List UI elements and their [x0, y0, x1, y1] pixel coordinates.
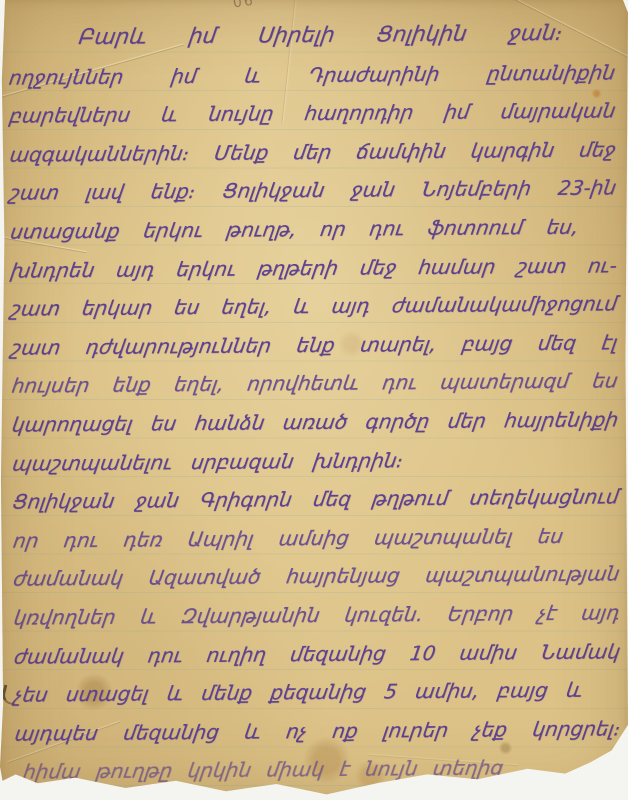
handwritten-line: պաշտպանելու սրբազան խնդրին։ — [10, 439, 622, 483]
handwritten-line: ստացանք երկու թուղթ, որ դու ֆոտոում ես, — [8, 207, 620, 251]
handwritten-line: Ցոլիկջան ջան Գրիգորն մեզ թղթում տեղեկացն… — [10, 477, 622, 521]
handwritten-line: չես ստացել և մենք քեզանից 5 ամիս, բայց և — [12, 670, 624, 714]
handwritten-line: ազգականներին։ Մենք մեր ճամփին կարգին մեջ — [7, 130, 619, 174]
handwritten-line: կարողացել ես հանձն առած գործը մեր հայրեն… — [9, 400, 621, 444]
letter-paper-sheet: 06 Բարև իմ Սիրելի Ցոլիկին ջան։ողջույններ… — [0, 0, 628, 800]
handwritten-line: խնդրեն այդ երկու թղթերի մեջ համար շատ ու… — [8, 246, 620, 290]
handwritten-line: շատ լավ ենք։ Ցոլիկջան ջան Նոյեմբերի 23-ի… — [7, 169, 619, 213]
handwritten-line: ժամանակ Ազատված հայրենյաց պաշտպանության — [11, 555, 623, 599]
handwritten-line: որ դու դեռ Ապրիլ ամսից պաշտպանել ես — [10, 516, 622, 560]
handwritten-line: ժամանակ դու ուղիղ մեզանից 10 ամիս Նամակ — [11, 632, 623, 676]
pencil-number: 06 — [232, 0, 256, 11]
handwritten-line: հույսեր ենք եղել, որովհետև դու պատերազմ … — [9, 362, 621, 406]
handwritten-line: ողջույններ իմ և Դրաժարինի ընտանիքին — [6, 53, 618, 97]
letter-body: Բարև իմ Սիրելի Ցոլիկին ջան։ողջույններ իմ… — [9, 14, 622, 791]
handwritten-line: շատ երկար ես եղել, և այդ ժամանակամիջոցու… — [8, 284, 620, 328]
handwritten-line: շատ դժվարություններ ենք տարել, բայց մեզ … — [9, 323, 621, 367]
handwritten-line: բարեվներս և նույնը հաղորդիր իմ մայրական — [7, 92, 619, 136]
handwritten-line: այդպես մեզանից և ոչ ոք լուրեր չեք կորցրե… — [12, 709, 624, 753]
handwritten-line: կռվողներ և Զվարթյանին կուզեն. Երբոր չէ ա… — [11, 593, 623, 637]
handwritten-line: հիմա թուղթը կրկին միակ է նույն տեղից — [12, 748, 624, 792]
handwritten-line: Բարև իմ Սիրելի Ցոլիկին ջան։ — [6, 14, 618, 58]
